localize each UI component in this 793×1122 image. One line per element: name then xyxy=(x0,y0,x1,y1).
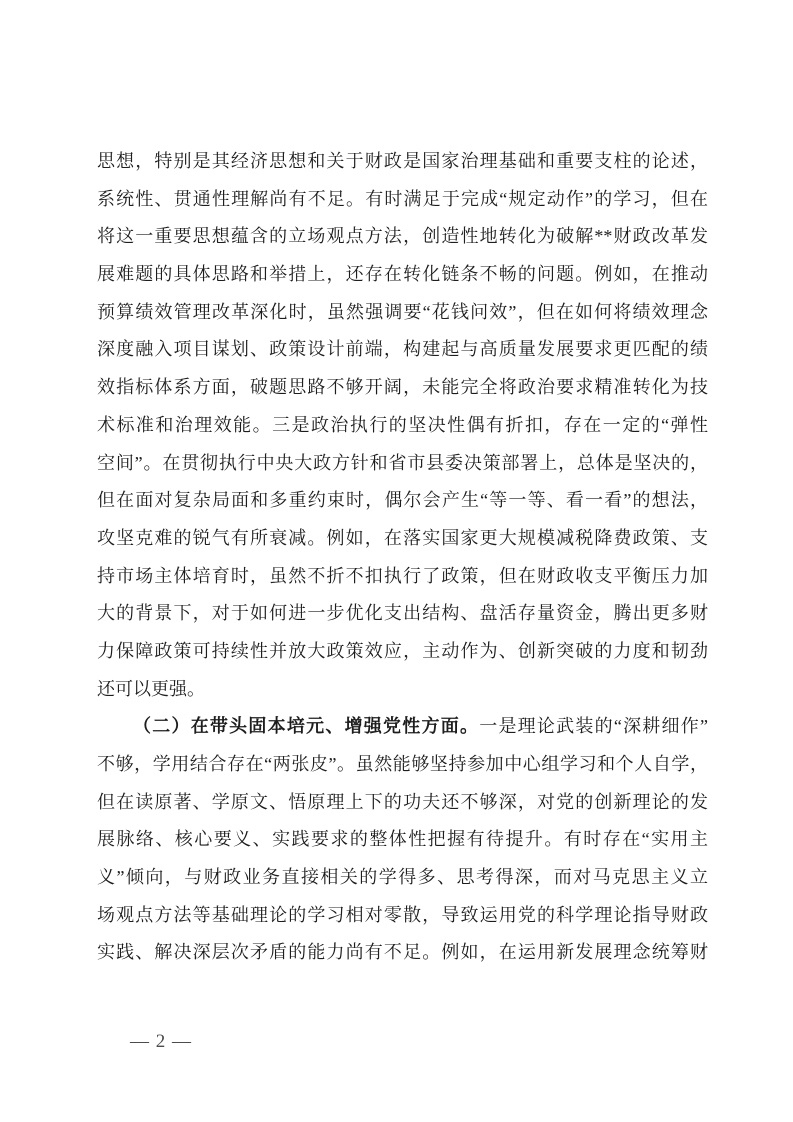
text-segment: 但在读原著、学原文、悟原理上下的功夫还不够深，对党的创新理论的发 xyxy=(97,792,708,812)
document-body: 思想，特别是其经济思想和关于财政是国家治理基础和重要支柱的论述，系统性、贯通性理… xyxy=(97,143,708,972)
text-segment: 系统性、贯通性理解尚有不足。有时满足于完成“规定动作”的学习，但在 xyxy=(97,189,708,209)
text-line: 展难题的具体思路和举措上，还存在转化链条不畅的问题。例如，在推动 xyxy=(97,256,708,294)
text-segment: 展难题的具体思路和举措上，还存在转化链条不畅的问题。例如，在推动 xyxy=(97,264,708,284)
text-segment: 持市场主体培育时，虽然不折不扣执行了政策，但在财政收支平衡压力加 xyxy=(97,566,708,586)
text-line: 将这一重要思想蕴含的立场观点方法，创造性地转化为破解**财政改革发 xyxy=(97,218,708,256)
text-line: 大的背景下，对于如何进一步优化支出结构、盘活存量资金，腾出更多财 xyxy=(97,595,708,633)
text-line: 实践、解决深层次矛盾的能力尚有不足。例如，在运用新发展理念统筹财 xyxy=(97,934,708,972)
text-line: 力保障政策可持续性并放大政策效应，主动作为、创新突破的力度和韧劲 xyxy=(97,633,708,671)
text-line: 但在读原著、学原文、悟原理上下的功夫还不够深，对党的创新理论的发 xyxy=(97,784,708,822)
text-segment: 还可以更强。 xyxy=(97,679,205,699)
section-heading: （二）在带头固本培元、增强党性方面。 xyxy=(133,716,479,736)
text-segment: 效指标体系方面，破题思路不够开阔，未能完全将政治要求精准转化为技 xyxy=(97,377,708,397)
text-segment: 术标准和治理效能。三是政治执行的坚决性偶有折扣，存在一定的“弹性 xyxy=(97,415,708,435)
text-line: 系统性、贯通性理解尚有不足。有时满足于完成“规定动作”的学习，但在 xyxy=(97,181,708,219)
text-segment: 场观点方法等基础理论的学习相对零散，导致运用党的科学理论指导财政 xyxy=(97,905,708,925)
text-segment: 攻坚克难的锐气有所衰减。例如，在落实国家更大规模减税降费政策、支 xyxy=(97,528,708,548)
document-page: 思想，特别是其经济思想和关于财政是国家治理基础和重要支柱的论述，系统性、贯通性理… xyxy=(0,0,793,1122)
text-segment: 不够，学用结合存在“两张皮”。虽然能够坚持参加中心组学习和个人自学， xyxy=(97,754,708,774)
text-segment: 展脉络、核心要义、实践要求的整体性把握有待提升。有时存在“实用主 xyxy=(97,829,708,849)
text-line: 不够，学用结合存在“两张皮”。虽然能够坚持参加中心组学习和个人自学， xyxy=(97,746,708,784)
text-line: 思想，特别是其经济思想和关于财政是国家治理基础和重要支柱的论述， xyxy=(97,143,708,181)
text-line: 持市场主体培育时，虽然不折不扣执行了政策，但在财政收支平衡压力加 xyxy=(97,558,708,596)
text-segment: 预算绩效管理改革深化时，虽然强调要“花钱问效”，但在如何将绩效理念 xyxy=(97,302,708,322)
text-line: 深度融入项目谋划、政策设计前端，构建起与高质量发展要求更匹配的绩 xyxy=(97,331,708,369)
text-line: 攻坚克难的锐气有所衰减。例如，在落实国家更大规模减税降费政策、支 xyxy=(97,520,708,558)
text-line: 还可以更强。 xyxy=(97,671,708,709)
text-segment: 将这一重要思想蕴含的立场观点方法，创造性地转化为破解**财政改革发 xyxy=(97,226,708,246)
text-segment: 深度融入项目谋划、政策设计前端，构建起与高质量发展要求更匹配的绩 xyxy=(97,339,708,359)
text-line: 效指标体系方面，破题思路不够开阔，未能完全将政治要求精准转化为技 xyxy=(97,369,708,407)
text-line: 但在面对复杂局面和多重约束时，偶尔会产生“等一等、看一看”的想法， xyxy=(97,482,708,520)
text-segment: 大的背景下，对于如何进一步优化支出结构、盘活存量资金，腾出更多财 xyxy=(97,603,708,623)
text-segment: 义”倾向，与财政业务直接相关的学得多、思考得深，而对马克思主义立 xyxy=(97,867,708,887)
text-segment: 力保障政策可持续性并放大政策效应，主动作为、创新突破的力度和韧劲 xyxy=(97,641,708,661)
text-segment: 但在面对复杂局面和多重约束时，偶尔会产生“等一等、看一看”的想法， xyxy=(97,490,708,510)
text-line: （二）在带头固本培元、增强党性方面。一是理论武装的“深耕细作” xyxy=(97,708,708,746)
text-segment: 一是理论武装的“深耕细作” xyxy=(479,716,708,736)
text-segment: 实践、解决深层次矛盾的能力尚有不足。例如，在运用新发展理念统筹财 xyxy=(97,942,708,962)
text-line: 空间”。在贯彻执行中央大政方针和省市县委决策部署上，总体是坚决的， xyxy=(97,445,708,483)
text-line: 展脉络、核心要义、实践要求的整体性把握有待提升。有时存在“实用主 xyxy=(97,821,708,859)
text-line: 场观点方法等基础理论的学习相对零散，导致运用党的科学理论指导财政 xyxy=(97,897,708,935)
text-segment: 空间”。在贯彻执行中央大政方针和省市县委决策部署上，总体是坚决的， xyxy=(97,453,708,473)
page-number: — 2 — xyxy=(130,1031,192,1053)
text-line: 预算绩效管理改革深化时，虽然强调要“花钱问效”，但在如何将绩效理念 xyxy=(97,294,708,332)
text-segment: 思想，特别是其经济思想和关于财政是国家治理基础和重要支柱的论述， xyxy=(97,151,708,171)
text-line: 义”倾向，与财政业务直接相关的学得多、思考得深，而对马克思主义立 xyxy=(97,859,708,897)
text-line: 术标准和治理效能。三是政治执行的坚决性偶有折扣，存在一定的“弹性 xyxy=(97,407,708,445)
